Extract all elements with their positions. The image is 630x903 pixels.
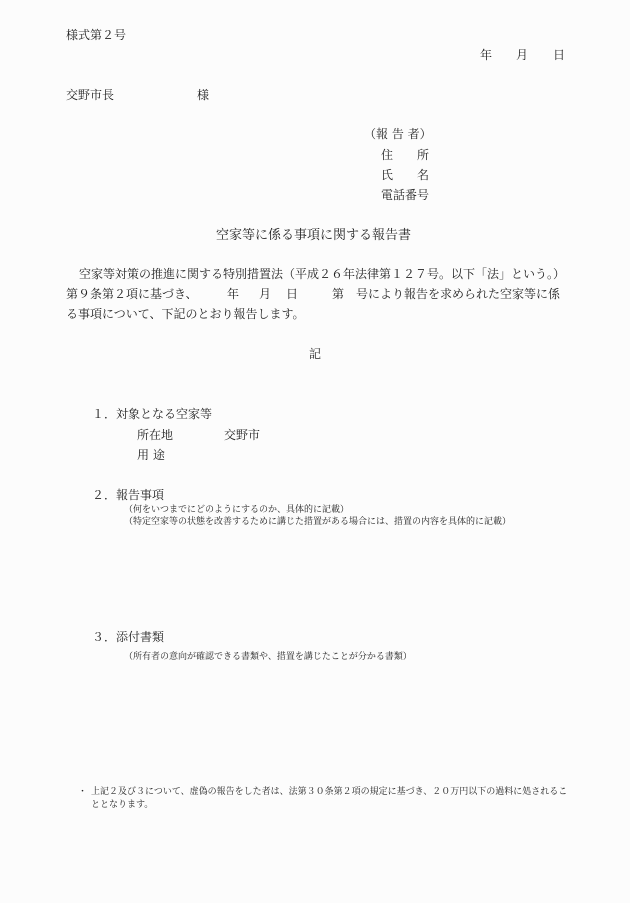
body-line-1: 空家等対策の推進に関する特別措置法（平成２６年法律第１２７号。以下「法」という。…	[79, 268, 565, 280]
field-value-location: 交野市	[224, 429, 260, 441]
name-label: 氏 名	[381, 169, 429, 181]
section-note: （所有者の意向が確認できる書類や、措置を講じたことが分かる書類）	[124, 653, 412, 662]
reporter-heading: （報 告 者）	[364, 128, 432, 140]
footnote-line-2: ととなります。	[91, 801, 153, 810]
date-year: 年	[480, 49, 492, 61]
document-title: 空家等に係る事項に関する報告書	[216, 229, 411, 242]
body-line-2-no: 第	[332, 288, 344, 300]
section-heading: ３．添付書類	[92, 631, 164, 643]
honorific: 様	[197, 89, 209, 101]
body-line-2a: 第９条第２項に基づき、	[66, 288, 198, 300]
section-heading: １．対象となる空家等	[92, 408, 212, 420]
date-month: 月	[516, 49, 528, 61]
footnote-bullet: ・	[78, 788, 87, 797]
body-line-2-day: 日	[286, 288, 298, 300]
section-note: （何をいつまでにどのようにするのか、具体的に記載）	[124, 506, 349, 515]
phone-label: 電話番号	[381, 189, 429, 201]
address-label: 住 所	[381, 149, 429, 161]
body-line-2b: 号により報告を求められた空家等に係	[356, 288, 560, 300]
form-number: 様式第２号	[66, 29, 126, 41]
section-heading: ２．報告事項	[92, 489, 164, 501]
body-line-2-year: 年	[227, 288, 239, 300]
body-line-3: る事項について、下記のとおり報告します。	[66, 308, 305, 320]
field-label-location: 所在地	[137, 429, 173, 441]
field-label-use: 用 途	[137, 449, 165, 461]
footnote-line-1: 上記２及び３について、虚偽の報告をした者は、法第３０条第２項の規定に基づき、２０…	[91, 788, 567, 797]
date-day: 日	[553, 49, 565, 61]
body-line-2-month: 月	[259, 288, 271, 300]
ki-label: 記	[309, 348, 321, 360]
addressee: 交野市長	[66, 89, 114, 101]
section-note: （特定空家等の状態を改善するために講じた措置がある場合には、措置の内容を具体的に…	[124, 518, 511, 527]
